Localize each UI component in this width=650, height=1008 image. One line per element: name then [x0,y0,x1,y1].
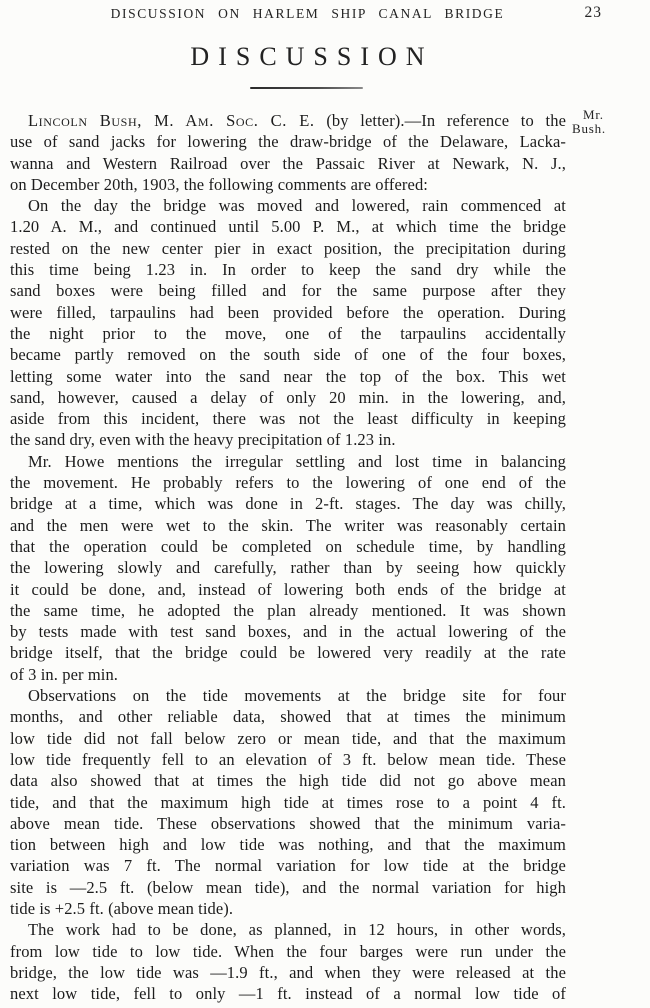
text-line: low tide did not fall below zero or mean… [10,728,566,749]
text-line: aside from this incident, there was not … [10,408,566,429]
text-line: and the men were wet to the skin. The wr… [10,515,566,536]
text-line: Observations on the tide movements at th… [10,685,566,706]
text-line: The work had to be done, as planned, in … [10,919,566,940]
margin-note-line2: Bush. [572,122,646,136]
text-line: of 3 in. per min. [10,664,566,685]
text-line: sand boxes were being filled and for the… [10,280,566,301]
margin-note-line1: Mr. [572,108,646,122]
text-line: tide is +2.5 ft. (above mean tide). [10,898,566,919]
text-line: bridge, the low tide was —1.9 ft., and w… [10,962,566,983]
text-line: from low tide to low tide. When the four… [10,941,566,962]
text-line: site is —2.5 ft. (below mean tide), and … [10,877,566,898]
paragraph: Lincoln Bush, M. Am. Soc. C. E. (by lett… [10,110,566,195]
paragraph: The work had to be done, as planned, in … [10,919,566,1004]
text-line: data also showed that at times the high … [10,770,566,791]
text-line: letting some water into the sand near th… [10,366,566,387]
text-line: the sand dry, even with the heavy precip… [10,429,566,450]
text-line: tide, and that the maximum high tide at … [10,792,566,813]
title-divider-rule [250,87,363,89]
text-line: the night prior to the move, one of the … [10,323,566,344]
text-line: on December 20th, 1903, the following co… [10,174,566,195]
paragraph: Mr. Howe mentions the irregular settling… [10,451,566,685]
body-text: Lincoln Bush, M. Am. Soc. C. E. (by lett… [10,110,566,1004]
paragraph: On the day the bridge was moved and lowe… [10,195,566,451]
section-title: DISCUSSION [10,42,605,72]
page-number: 23 [585,4,603,22]
author-name: Lincoln Bush, M. Am. Soc. C. E. [28,111,315,130]
text-line: use of sand jacks for lowering the draw-… [10,131,566,152]
margin-note-speaker: Mr. Bush. [572,108,646,135]
book-page: DISCUSSION ON HARLEM SHIP CANAL BRIDGE 2… [0,0,650,1008]
running-header: DISCUSSION ON HARLEM SHIP CANAL BRIDGE [10,6,605,22]
text-line: the lowering slowly and carefully, rathe… [10,557,566,578]
text-line: low tide frequently fell to an elevation… [10,749,566,770]
text-line: that the operation could be completed on… [10,536,566,557]
text-line: 1.20 A. M., and continued until 5.00 P. … [10,216,566,237]
text-line: bridge at a time, which was done in 2-ft… [10,493,566,514]
text-line: it could be done, and, instead of loweri… [10,579,566,600]
text-line: tion between high and low tide was nothi… [10,834,566,855]
text-line: the same time, he adopted the plan alrea… [10,600,566,621]
text-line: this time being 1.23 in. In order to kee… [10,259,566,280]
text-line: wanna and Western Railroad over the Pass… [10,153,566,174]
text-line: months, and other reliable data, showed … [10,706,566,727]
text-line: by tests made with test sand boxes, and … [10,621,566,642]
text-line: sand, however, caused a delay of only 20… [10,387,566,408]
text-line: were filled, tarpaulins had been provide… [10,302,566,323]
text-line: On the day the bridge was moved and lowe… [10,195,566,216]
text-line: Mr. Howe mentions the irregular settling… [10,451,566,472]
text-line: Lincoln Bush, M. Am. Soc. C. E. (by lett… [10,110,566,131]
text-line: the movement. He probably refers to the … [10,472,566,493]
text-line: bridge itself, that the bridge could be … [10,642,566,663]
text-line: became partly removed on the south side … [10,344,566,365]
text-line: variation was 7 ft. The normal variation… [10,855,566,876]
paragraph: Observations on the tide movements at th… [10,685,566,919]
text-line: next low tide, fell to only —1 ft. inste… [10,983,566,1004]
text-line: rested on the new center pier in exact p… [10,238,566,259]
text-line: above mean tide. These observations show… [10,813,566,834]
